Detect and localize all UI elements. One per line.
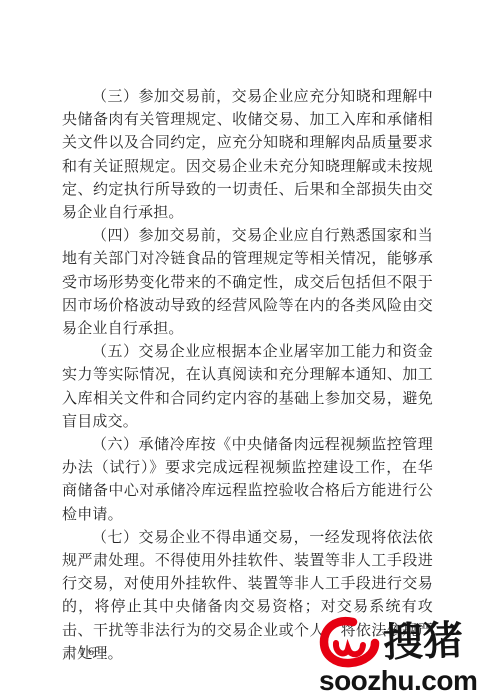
paragraph-5: （五）交易企业应根据本企业屠宰加工能力和资金实力等实际情况，在认真阅读和充分理解…	[62, 341, 433, 434]
soozhu-pig-logo-icon	[319, 616, 381, 668]
document-body: （三）参加交易前，交易企业应充分知晓和理解中央储备肉有关管理规定、收储交易、加工…	[62, 86, 433, 666]
page-number: - 16 -	[66, 644, 110, 659]
soozhu-watermark: 搜猪 soozhu.com	[319, 614, 491, 695]
soozhu-brand-cn: 搜猪	[382, 621, 463, 664]
paragraph-4: （四）参加交易前，交易企业应自行熟悉国家和当地有关部门对冷链食品的管理规定等相关…	[62, 225, 433, 341]
document-page: （三）参加交易前，交易企业应充分知晓和理解中央储备肉有关管理规定、收储交易、加工…	[0, 0, 494, 700]
soozhu-logo-row: 搜猪	[319, 614, 491, 670]
paragraph-3: （三）参加交易前，交易企业应充分知晓和理解中央储备肉有关管理规定、收储交易、加工…	[62, 86, 433, 225]
paragraph-6: （六）承储冷库按《中央储备肉远程视频监控管理办法（试行）》要求完成远程视频监控建…	[62, 434, 433, 527]
soozhu-brand-url: soozhu.com	[319, 667, 491, 695]
